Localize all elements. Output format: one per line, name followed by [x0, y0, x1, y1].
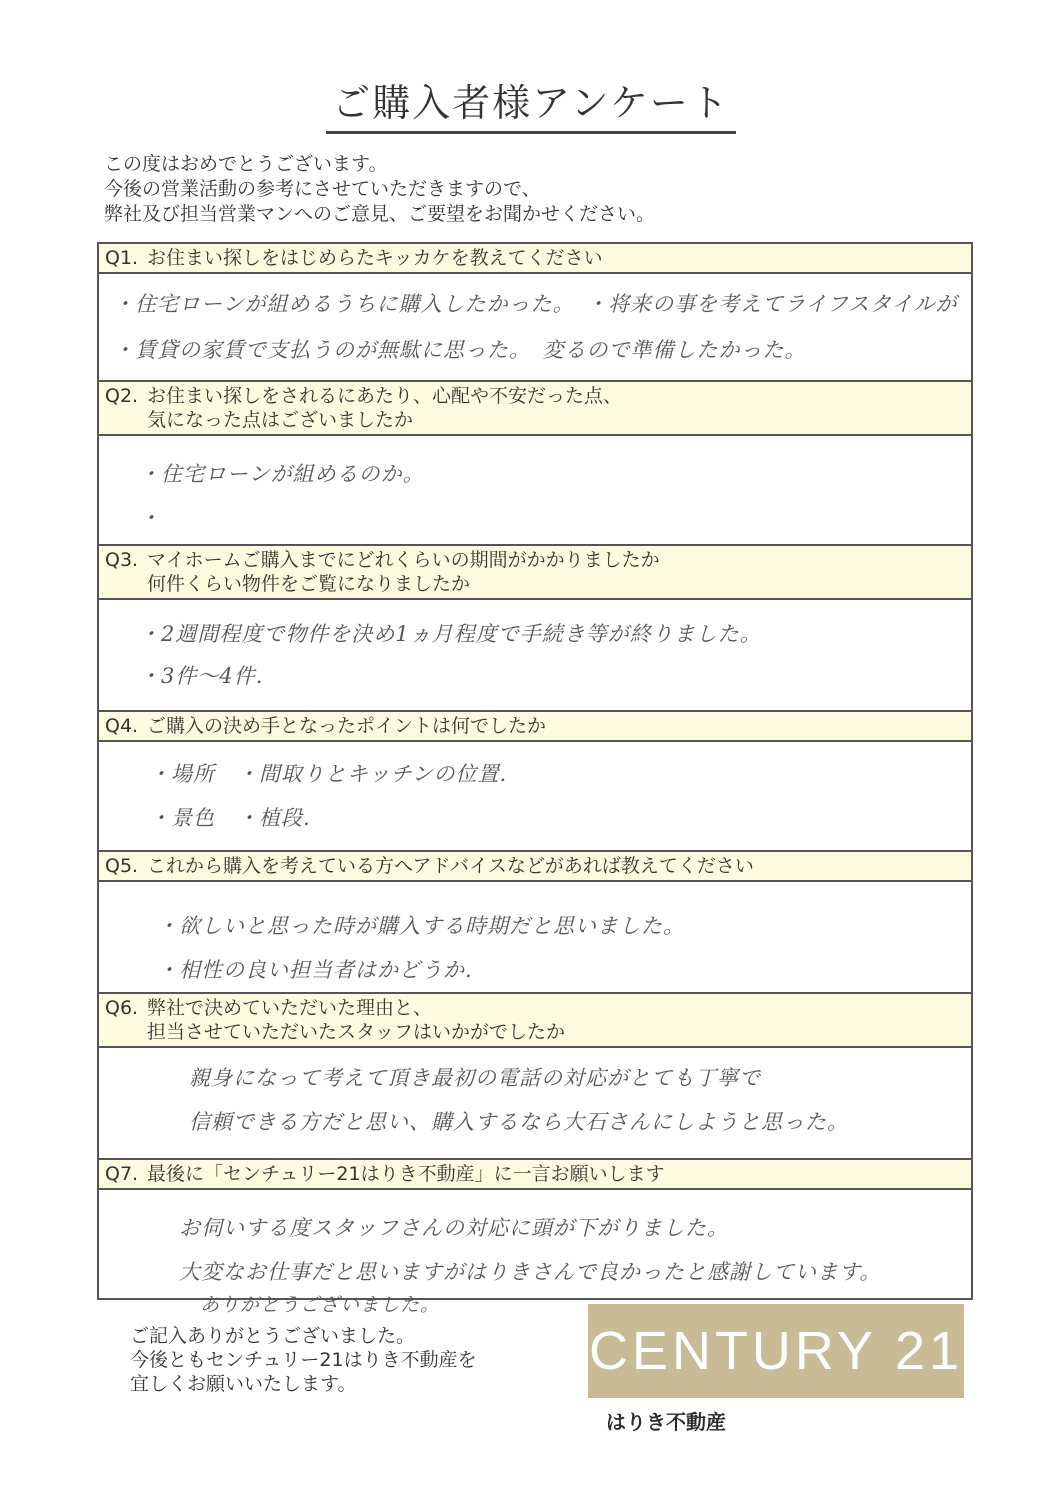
answer-line: ・賃貸の家賃で支払うのが無駄に思った。 変るので準備したかった。 [113, 334, 807, 364]
page-title-wrap: ご購入者様アンケート [0, 72, 1062, 134]
question-header-q3: Q3.マイホームご購入までにどれくらいの期間がかかりましたか 何件くらい物件をご… [99, 546, 971, 600]
question-number: Q4. [105, 714, 147, 738]
answer-line: お伺いする度スタッフさんの対応に頭が下がりました。 [179, 1212, 729, 1242]
question-text: お住まい探しをはじめらたキッカケを教えてください [147, 247, 603, 269]
answer-line: 大変なお仕事だと思いますがはりきさんで良かったと感謝しています。 [179, 1256, 881, 1286]
handwritten-thanks: ありがとうございました。 [200, 1290, 440, 1317]
answer-line: ・ [139, 502, 161, 532]
survey-form: Q1.お住まい探しをはじめらたキッカケを教えてください ・住宅ローンが組めるうち… [97, 242, 973, 1300]
closing-line: 今後ともセンチュリー21はりき不動産を [130, 1348, 477, 1372]
question-text: 担当させていただいたスタッフはいかがでしたか [105, 1020, 965, 1044]
logo-text: CENTURY 21 [589, 1320, 963, 1382]
question-number: Q5. [105, 854, 147, 878]
answer-line: ・場所 ・間取りとキッチンの位置. [149, 758, 507, 788]
answer-line: ・住宅ローンが組めるうちに購入したかった。 ・将来の事を考えてライフスタイルが [113, 288, 958, 318]
question-text: これから購入を考えている方へアドバイスなどがあれば教えてください [147, 855, 754, 877]
answer-box-q3: ・2週間程度で物件を決め1ヵ月程度で手続き等が終りました。 ・3件～4件. [99, 600, 971, 712]
question-number: Q2. [105, 384, 147, 408]
question-number: Q1. [105, 246, 147, 270]
answer-box-q5: ・欲しいと思った時が購入する時期だと思いました。 ・相性の良い担当者はかどうか. [99, 882, 971, 994]
intro-line: 今後の営業活動の参考にさせていただきますので、 [104, 177, 655, 202]
answer-box-q6: 親身になって考えて頂き最初の電話の対応がとても丁寧で 信頼できる方だと思い、購入… [99, 1048, 971, 1160]
question-header-q6: Q6.弊社で決めていただいた理由と、 担当させていただいたスタッフはいかがでした… [99, 994, 971, 1048]
closing-line: ご記入ありがとうございました。 [130, 1324, 477, 1348]
question-text: マイホームご購入までにどれくらいの期間がかかりましたか [147, 549, 660, 571]
question-number: Q3. [105, 548, 147, 572]
answer-line: ・住宅ローンが組めるのか。 [139, 458, 425, 488]
answer-line: ・2週間程度で物件を決め1ヵ月程度で手続き等が終りました。 [139, 618, 762, 648]
question-header-q4: Q4.ご購入の決め手となったポイントは何でしたか [99, 712, 971, 742]
answer-line: ・3件～4件. [139, 660, 263, 690]
century21-logo: CENTURY 21 [588, 1304, 964, 1398]
question-header-q7: Q7.最後に「センチュリー21はりき不動産」に一言お願いします [99, 1160, 971, 1190]
answer-line: ・欲しいと思った時が購入する時期だと思いました。 [157, 910, 685, 940]
question-text: 何件くらい物件をご覧になりましたか [105, 572, 965, 596]
intro-line: この度はおめでとうございます。 [104, 152, 655, 177]
question-text: 弊社で決めていただいた理由と、 [147, 997, 432, 1019]
page-title: ご購入者様アンケート [326, 72, 736, 134]
answer-line: ・景色 ・植段. [149, 802, 311, 832]
closing-text: ご記入ありがとうございました。 今後ともセンチュリー21はりき不動産を 宜しくお… [130, 1324, 477, 1396]
closing-line: 宜しくお願いいたします。 [130, 1372, 477, 1396]
question-text: 最後に「センチュリー21はりき不動産」に一言お願いします [147, 1163, 665, 1185]
question-number: Q7. [105, 1162, 147, 1186]
question-header-q5: Q5.これから購入を考えている方へアドバイスなどがあれば教えてください [99, 852, 971, 882]
company-name: はりき不動産 [606, 1406, 726, 1435]
answer-box-q2: ・住宅ローンが組めるのか。 ・ [99, 436, 971, 546]
intro-line: 弊社及び担当営業マンへのご意見、ご要望をお聞かせください。 [104, 202, 655, 227]
question-header-q2: Q2.お住まい探しをされるにあたり、心配や不安だった点、 気になった点はございま… [99, 382, 971, 436]
question-header-q1: Q1.お住まい探しをはじめらたキッカケを教えてください [99, 244, 971, 274]
answer-line: ・相性の良い担当者はかどうか. [157, 954, 473, 984]
question-number: Q6. [105, 996, 147, 1020]
answer-box-q1: ・住宅ローンが組めるうちに購入したかった。 ・将来の事を考えてライフスタイルが … [99, 274, 971, 382]
answer-line: 親身になって考えて頂き最初の電話の対応がとても丁寧で [189, 1062, 761, 1092]
question-text: ご購入の決め手となったポイントは何でしたか [147, 715, 546, 737]
intro-text: この度はおめでとうございます。 今後の営業活動の参考にさせていただきますので、 … [104, 152, 655, 227]
question-text: お住まい探しをされるにあたり、心配や不安だった点、 [147, 385, 622, 407]
question-text: 気になった点はございましたか [105, 408, 965, 432]
answer-box-q4: ・場所 ・間取りとキッチンの位置. ・景色 ・植段. [99, 742, 971, 852]
answer-box-q7: お伺いする度スタッフさんの対応に頭が下がりました。 大変なお仕事だと思いますがは… [99, 1190, 971, 1300]
answer-line: 信頼できる方だと思い、購入するなら大石さんにしようと思った。 [189, 1106, 849, 1136]
